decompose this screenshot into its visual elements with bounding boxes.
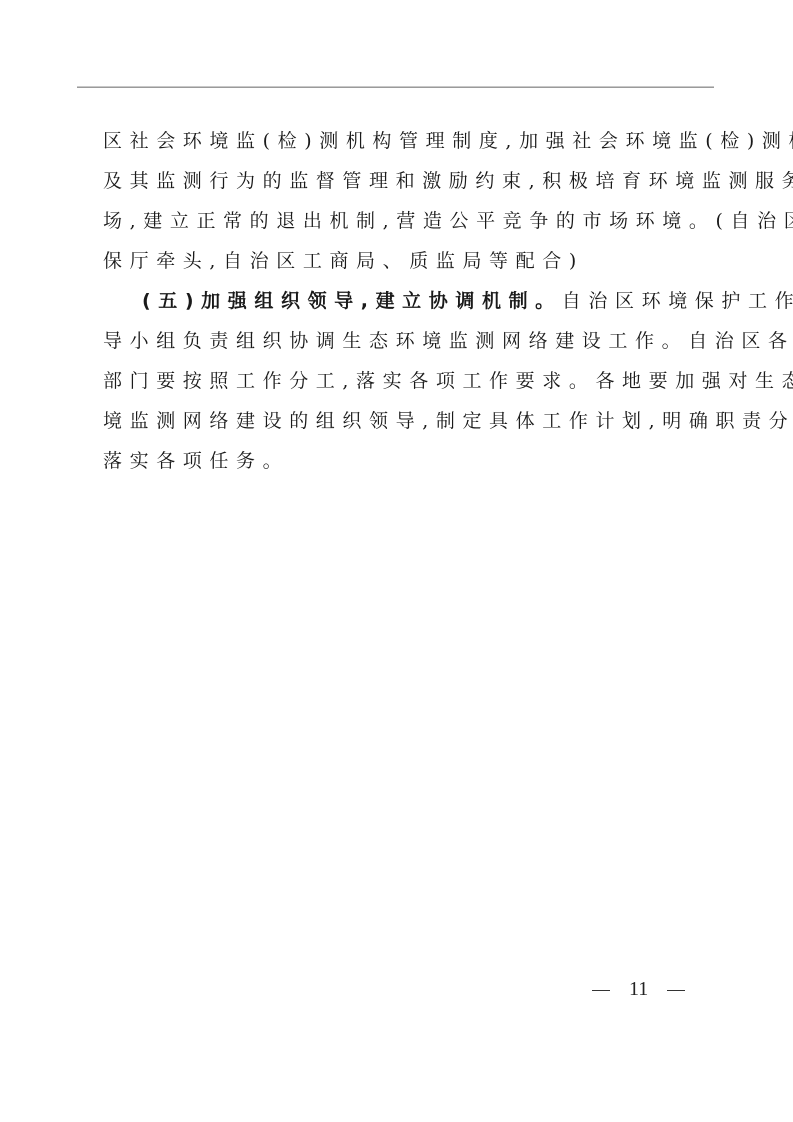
text-line-first: (五)加强组织领导,建立协调机制。自治区环境保护工作领: [103, 281, 693, 321]
text-line: 导小组负责组织协调生态环境监测网络建设工作。自治区各相关: [103, 321, 693, 361]
page-number: 11: [629, 978, 648, 1001]
header-rule: [77, 86, 714, 88]
dash-right-decoration: [667, 990, 685, 991]
text-line: 落实各项任务。: [103, 441, 693, 481]
dash-left-decoration: [592, 990, 610, 991]
text-line: 境监测网络建设的组织领导,制定具体工作计划,明确职责分工,: [103, 401, 693, 441]
paragraph-section-five: (五)加强组织领导,建立协调机制。自治区环境保护工作领 导小组负责组织协调生态环…: [103, 281, 693, 481]
section-heading: (五)加强组织领导,建立协调机制。: [142, 290, 562, 312]
text-line: 及其监测行为的监督管理和激励约束,积极培育环境监测服务市: [103, 161, 693, 201]
text-line: 保厅牵头,自治区工商局、质监局等配合): [103, 241, 693, 281]
page-footer: 11: [592, 978, 692, 1001]
text-line: 场,建立正常的退出机制,营造公平竞争的市场环境。(自治区环: [103, 201, 693, 241]
paragraph-continuation: 区社会环境监(检)测机构管理制度,加强社会环境监(检)测机构 及其监测行为的监督…: [103, 121, 693, 281]
text-line: 区社会环境监(检)测机构管理制度,加强社会环境监(检)测机构: [103, 121, 693, 161]
text-line: 部门要按照工作分工,落实各项工作要求。各地要加强对生态环: [103, 361, 693, 401]
document-body: 区社会环境监(检)测机构管理制度,加强社会环境监(检)测机构 及其监测行为的监督…: [103, 121, 693, 481]
text-run: 自治区环境保护工作领: [562, 290, 793, 312]
